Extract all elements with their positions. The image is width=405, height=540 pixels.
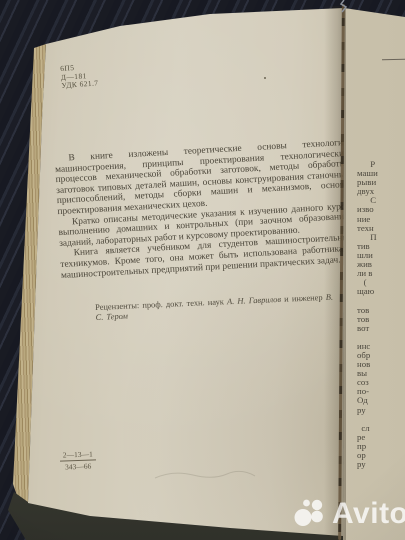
paper-speck — [264, 77, 266, 79]
reviewer-name-gavrilov: А. Н. Гаврилов — [227, 295, 281, 306]
reviewers-line: Рецензенты: проф. докт. техн. наук А. Н.… — [95, 293, 334, 323]
printed-rule-line — [382, 59, 405, 60]
reviewers-prefix: Рецензенты: проф. докт. техн. наук — [95, 297, 227, 312]
binding-thread — [336, 0, 352, 14]
book-photo: 6П5 Д—181 УДК 621.7 В книге изложены тео… — [0, 0, 405, 540]
annotation-block: В книге изложены теоретические основы те… — [54, 138, 355, 281]
stamp-line-udk: УДК 621.7 — [61, 80, 99, 91]
pencil-marks — [150, 466, 260, 486]
print-code-numerator: 2—13—1 — [60, 449, 96, 461]
avito-watermark-text: Avito — [332, 497, 405, 531]
print-code-denominator: 343—66 — [60, 461, 96, 471]
avito-logo-icon — [294, 498, 328, 530]
reviewers-middle: и инженер — [281, 293, 326, 304]
facing-page-text-fragments: Р маши рыви двух С изво ние техн П тив ш… — [357, 160, 405, 469]
catalog-stamp: 6П5 Д—181 УДК 621.7 — [60, 62, 99, 90]
avito-watermark: Avito — [294, 497, 405, 531]
print-code-stamp: 2—13—1 343—66 — [60, 449, 97, 471]
